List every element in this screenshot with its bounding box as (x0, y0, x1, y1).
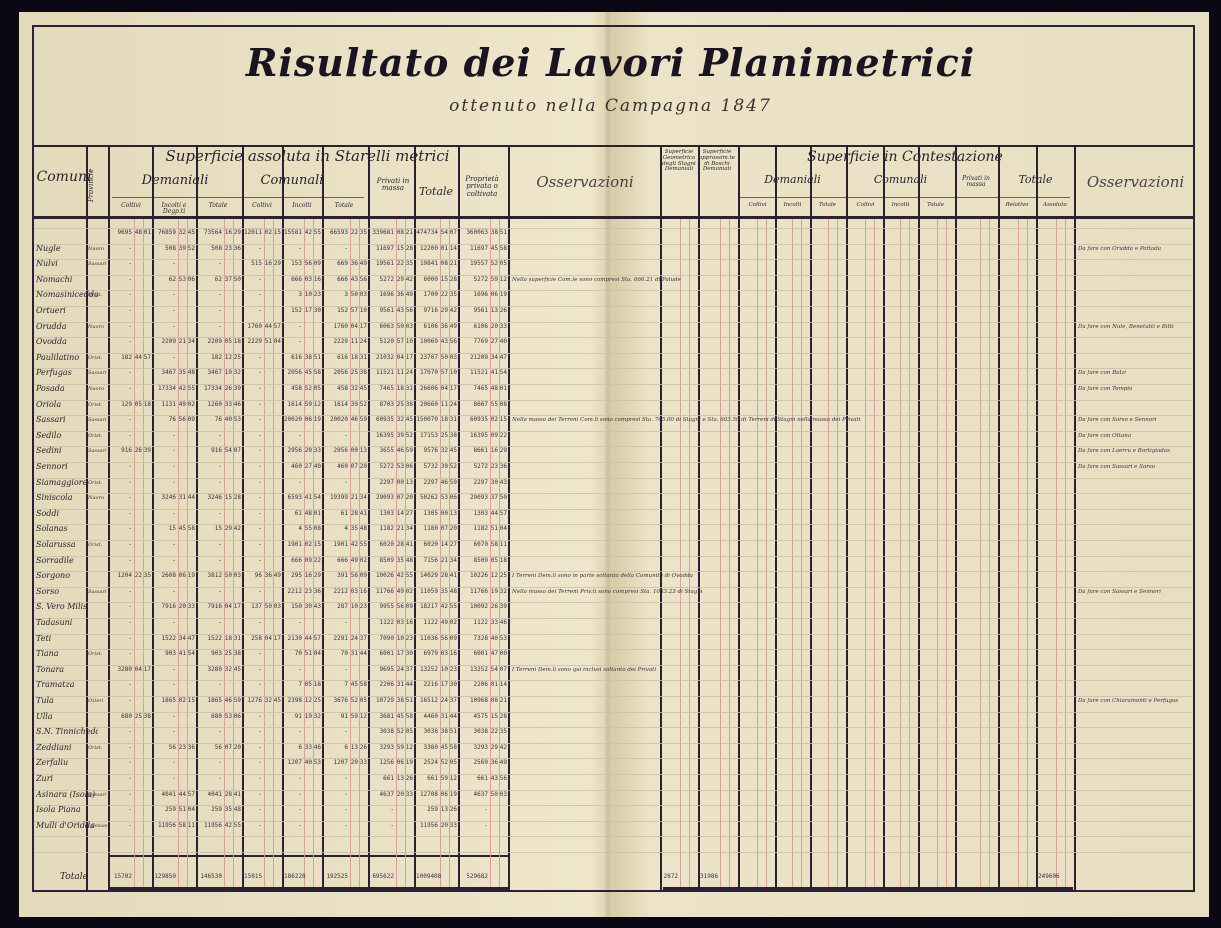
cell-fraction: 19 (304, 713, 312, 720)
cell-value: 5272 (458, 276, 488, 283)
cell-value: 60935 (368, 416, 394, 423)
cell-value: 2212 (282, 588, 302, 595)
cell-value: 2297 (458, 479, 488, 486)
cell-value: 680 (196, 713, 222, 720)
cell-fraction: 05 (134, 401, 142, 408)
column-rule (846, 145, 848, 890)
cell-fraction: 16 (490, 447, 498, 454)
cell-value: 6000 (414, 276, 438, 283)
cell-value: 15581 (282, 229, 302, 236)
province-label: Iglesias (88, 823, 106, 829)
cell-fraction: 53 (313, 759, 321, 766)
cell-value: 9561 (368, 307, 394, 314)
header-bottom-rule (32, 216, 1195, 219)
cell-value: 916 (108, 447, 132, 454)
cell-value: - (242, 806, 262, 813)
cell-value: 2206 (458, 681, 488, 688)
header-demaniali-c: Demaniali (740, 174, 845, 186)
cell-value: 76 (152, 416, 176, 423)
column-rule (998, 145, 1000, 890)
decimal-rule (792, 219, 793, 887)
ruled-line (34, 836, 1193, 837)
cell-fraction: 51 (449, 728, 457, 735)
cell-value: 13252 (414, 666, 438, 673)
column-rule (508, 145, 510, 890)
cell-value: 152 (282, 307, 302, 314)
cell-fraction: 17 (440, 681, 448, 688)
cell-fraction: 45 (273, 697, 281, 704)
cell-fraction: 45 (449, 447, 457, 454)
decimal-rule (490, 219, 491, 887)
cell-value: 15 (196, 525, 222, 532)
cell-value: 6106 (458, 323, 488, 330)
cell-value: 2229 (242, 338, 262, 345)
cell-value: - (108, 479, 132, 486)
cell-fraction: 34 (178, 635, 186, 642)
header-superficie-contestazione: Superficie in Contestazione (740, 150, 1070, 165)
cell-value: - (152, 557, 176, 564)
commune-name: Solanas (36, 524, 98, 533)
cell-value: 66593 (322, 229, 348, 236)
cell-fraction: 53 (440, 494, 448, 501)
cell-value: 458 (282, 385, 302, 392)
cell-value: - (152, 479, 176, 486)
decimal-rule (909, 219, 910, 887)
province-label: Ozieri (88, 698, 106, 704)
cell-value: 11766 (458, 588, 488, 595)
cell-value: - (242, 245, 262, 252)
cell-fraction: 35 (405, 260, 413, 267)
cell-fraction: 02 (449, 619, 457, 626)
cell-fraction: 15 (273, 229, 281, 236)
cell-value: 7769 (458, 338, 488, 345)
cell-fraction: 48 (187, 369, 195, 376)
cell-fraction: 15 (499, 416, 507, 423)
cell-fraction: 11 (187, 822, 195, 829)
cell-fraction: 33 (405, 791, 413, 798)
cell-fraction: 59 (304, 401, 312, 408)
cell-value: 7328 (458, 635, 488, 642)
cell-fraction: 58 (178, 822, 186, 829)
cell-fraction: 55 (313, 229, 321, 236)
decimal-rule (350, 219, 351, 887)
cell-fraction: 49 (396, 588, 404, 595)
cell-value: 1901 (282, 541, 302, 548)
cell-value: 3293 (458, 744, 488, 751)
cell-fraction: 15 (224, 494, 232, 501)
cell-value: 8509 (368, 557, 394, 564)
cell-value: 6020 (414, 541, 438, 548)
cell-value: - (196, 291, 222, 298)
cell-fraction: 18 (143, 401, 151, 408)
cell-fraction: 37 (359, 635, 367, 642)
cell-fraction: 04 (440, 385, 448, 392)
cell-fraction: 52 (187, 245, 195, 252)
cell-fraction: 51 (405, 697, 413, 704)
cell-value: 12200 (414, 245, 438, 252)
column-rule (1193, 145, 1195, 890)
cell-fraction: 04 (273, 338, 281, 345)
cell-fraction: 47 (499, 354, 507, 361)
cell-fraction: 38 (359, 369, 367, 376)
cell-fraction: 42 (304, 229, 312, 236)
cell-fraction: 03 (449, 354, 457, 361)
cell-value: 7916 (152, 603, 176, 610)
cell-fraction: 23 (405, 635, 413, 642)
cell-fraction: 45 (187, 229, 195, 236)
cell-value: 3467 (152, 369, 176, 376)
cell-value: - (196, 323, 222, 330)
cell-value: - (322, 775, 348, 782)
cell-value: 1901 (322, 541, 348, 548)
cell-fraction: 13 (350, 744, 358, 751)
cell-fraction: 04 (224, 603, 232, 610)
cell-fraction: 17 (273, 635, 281, 642)
cell-fraction: 21 (440, 557, 448, 564)
cell-value: 18217 (414, 603, 438, 610)
cell-fraction: 25 (440, 432, 448, 439)
cell-value: 11036 (414, 635, 438, 642)
cell-value: 3246 (152, 494, 176, 501)
cell-fraction: 38 (304, 354, 312, 361)
cell-fraction: 13 (440, 806, 448, 813)
cell-value: 70 (322, 650, 348, 657)
cell-value: 10729 (368, 697, 394, 704)
cell-fraction: 03 (499, 791, 507, 798)
commune-name: Ulla (36, 712, 98, 721)
province-label: Sassari (88, 792, 106, 798)
cell-fraction: 22 (313, 557, 321, 564)
cell-fraction: 33 (490, 619, 498, 626)
cell-fraction: 26 (359, 744, 367, 751)
cell-value: 16395 (458, 432, 488, 439)
cell-fraction: 21 (449, 260, 457, 267)
commune-name: Ovodda (36, 337, 98, 346)
cell-fraction: 47 (187, 635, 195, 642)
cell-fraction: 25 (499, 572, 507, 579)
cell-fraction: 23 (490, 463, 498, 470)
cell-fraction: 55 (405, 572, 413, 579)
cell-fraction: 21 (405, 229, 413, 236)
cell-value: 76 (196, 416, 222, 423)
cell-value: 61 (282, 510, 302, 517)
cell-fraction: 06 (233, 713, 241, 720)
cell-value: - (108, 603, 132, 610)
cell-fraction: 37 (490, 494, 498, 501)
header-totale-com-c: Totale (918, 203, 953, 209)
cell-fraction: 38 (449, 432, 457, 439)
cell-fraction: 02 (187, 401, 195, 408)
cell-value: 9955 (368, 603, 394, 610)
cell-fraction: 24 (440, 697, 448, 704)
cell-fraction: 37 (449, 697, 457, 704)
cell-fraction: 08 (396, 229, 404, 236)
cell-value: 666 (282, 557, 302, 564)
cell-value: 1865 (152, 697, 176, 704)
cell-value: 21209 (458, 354, 488, 361)
cell-fraction: 05 (490, 557, 498, 564)
cell-value: 19561 (368, 260, 394, 267)
cell-fraction: 43 (313, 603, 321, 610)
cell-fraction: 40 (490, 635, 498, 642)
cell-fraction: 50 (396, 323, 404, 330)
cell-fraction: 39 (233, 385, 241, 392)
cell-fraction: 32 (233, 369, 241, 376)
cell-value: 295 (282, 572, 302, 579)
cell-fraction: 19 (187, 572, 195, 579)
cell-value: 62 (152, 276, 176, 283)
cell-fraction: 06 (449, 494, 457, 501)
cell-fraction: 34 (187, 338, 195, 345)
cell-fraction: 11 (499, 541, 507, 548)
cell-value: 6020 (368, 541, 394, 548)
cell-value: - (242, 463, 262, 470)
cell-value: 3 (282, 291, 302, 298)
cell-fraction: 33 (449, 822, 457, 829)
cell-fraction: 29 (396, 276, 404, 283)
cell-value: 391 (322, 572, 348, 579)
cell-fraction: 35 (224, 806, 232, 813)
province-label: Sassari (88, 448, 106, 454)
cell-fraction: 55 (233, 822, 241, 829)
decimal-rule (689, 219, 690, 887)
cell-fraction: 10 (359, 307, 367, 314)
cell-fraction: 14 (440, 541, 448, 548)
cell-fraction: 55 (304, 525, 312, 532)
cell-fraction: 25 (313, 697, 321, 704)
cell-value: 4575 (458, 713, 488, 720)
cell-fraction: 02 (490, 416, 498, 423)
observation-note: Nella superficie Com.le sono compresi St… (512, 277, 681, 283)
cell-fraction: 49 (273, 572, 281, 579)
cell-fraction: 49 (449, 323, 457, 330)
cell-fraction: 36 (264, 572, 272, 579)
cell-value: 5272 (368, 463, 394, 470)
cell-fraction: 58 (499, 245, 507, 252)
cell-fraction: 24 (396, 666, 404, 673)
cell-value: - (242, 713, 262, 720)
cell-fraction: 52 (304, 385, 312, 392)
cell-fraction: 28 (233, 494, 241, 501)
cell-fraction: 04 (134, 666, 142, 673)
commune-name: Soddi (36, 509, 98, 518)
cell-fraction: 21 (178, 338, 186, 345)
cell-fraction: 06 (490, 291, 498, 298)
cell-fraction: 35 (350, 525, 358, 532)
cell-fraction: 04 (350, 323, 358, 330)
cell-value: 360063 (458, 229, 488, 236)
cell-fraction: 35 (449, 291, 457, 298)
decimal-rule (937, 219, 938, 887)
cell-value: - (108, 245, 132, 252)
contest-observation: Da fare con Orudda e Pattada (1078, 246, 1161, 252)
cell-fraction: 22 (134, 572, 142, 579)
cell-fraction: 35 (143, 572, 151, 579)
cell-fraction: 36 (233, 245, 241, 252)
cell-fraction: 20 (350, 759, 358, 766)
cell-value: 2291 (322, 635, 348, 642)
cell-value: - (282, 479, 302, 486)
cell-value: 474734 (414, 229, 438, 236)
cell-value: 1522 (196, 635, 222, 642)
cell-fraction: 04 (499, 525, 507, 532)
total-value: 695622 (370, 873, 394, 880)
cell-value: - (108, 338, 132, 345)
cell-fraction: 33 (224, 401, 232, 408)
cell-fraction: 18 (396, 385, 404, 392)
cell-fraction: 42 (224, 822, 232, 829)
cell-value: 3681 (368, 713, 394, 720)
total-value-right: 249606 (1038, 873, 1054, 880)
cell-fraction: 03 (304, 276, 312, 283)
cell-value: 458 (322, 385, 348, 392)
cell-value: 1180 (414, 525, 438, 532)
cell-value: - (108, 416, 132, 423)
cell-fraction: 45 (359, 385, 367, 392)
cell-fraction: 42 (405, 276, 413, 283)
cell-value: 1614 (322, 401, 348, 408)
cell-value: 6979 (414, 650, 438, 657)
cell-fraction: 40 (499, 338, 507, 345)
cell-value: 11697 (368, 245, 394, 252)
cell-value: 2216 (414, 681, 438, 688)
cell-value: - (242, 447, 262, 454)
cell-value: - (242, 744, 262, 751)
cell-fraction: 59 (405, 447, 413, 454)
cell-fraction: 09 (359, 572, 367, 579)
cell-value: - (242, 728, 262, 735)
cell-fraction: 55 (187, 385, 195, 392)
cell-value: 152 (322, 307, 348, 314)
cell-fraction: 57 (350, 307, 358, 314)
cell-value: 9695 (368, 666, 394, 673)
decimal-rule (720, 219, 721, 887)
cell-value: 3038 (458, 728, 488, 735)
cell-fraction: 21 (396, 525, 404, 532)
decimal-rule (233, 219, 234, 887)
commune-name: S.N. Tinnichedda (36, 727, 98, 736)
cell-fraction: 08 (490, 697, 498, 704)
cell-value: - (108, 650, 132, 657)
cell-fraction: 46 (313, 744, 321, 751)
cell-fraction: 56 (499, 775, 507, 782)
totals-bottom-rule-right (663, 887, 1073, 890)
province-label: Sassari (88, 417, 106, 423)
contest-observation: Da fare con Bulzi (1078, 370, 1126, 376)
commune-name: Tonara (36, 665, 98, 674)
cell-value: - (322, 806, 348, 813)
cell-value: 1182 (368, 525, 394, 532)
cell-fraction: 12 (304, 697, 312, 704)
cell-value: 2056 (282, 369, 302, 376)
totals-top-rule (108, 855, 508, 857)
cell-value: 3655 (368, 447, 394, 454)
cell-fraction: 38 (490, 229, 498, 236)
cell-value: 6 (322, 744, 348, 751)
cell-value: 460 (322, 463, 348, 470)
cell-fraction: 46 (350, 416, 358, 423)
cell-value: 29093 (368, 494, 394, 501)
cell-fraction: 38 (233, 650, 241, 657)
observation-note: Nella massa dei Terreni Com.li sono comp… (512, 417, 860, 423)
cell-value: 15 (152, 525, 176, 532)
cell-fraction: 38 (440, 728, 448, 735)
province-label: Orist. (88, 355, 106, 361)
cell-fraction: 18 (313, 681, 321, 688)
header-demaniali: Demaniali (110, 174, 240, 188)
cell-fraction: 10 (440, 666, 448, 673)
cell-value: - (282, 432, 302, 439)
cell-fraction: 03 (396, 619, 404, 626)
cell-value: 3 (322, 291, 348, 298)
commune-name: Isola Piana (36, 805, 98, 814)
cell-fraction: 35 (178, 369, 186, 376)
header-coltivi-com-c: Coltivi (848, 203, 883, 209)
header-coltivi-com: Coltivi (242, 203, 282, 209)
cell-fraction: 22 (490, 728, 498, 735)
cell-fraction: 54 (224, 447, 232, 454)
cell-fraction: 41 (178, 650, 186, 657)
cell-value: - (242, 401, 262, 408)
cell-value: 11059 (414, 588, 438, 595)
cell-value: 2056 (322, 369, 348, 376)
cell-value: 17153 (414, 432, 438, 439)
cell-value: - (196, 588, 222, 595)
cell-value: 3280 (196, 666, 222, 673)
cell-fraction: 10 (396, 635, 404, 642)
cell-value: - (196, 541, 222, 548)
document-title: Risultato dei Lavori Planimetrici (0, 40, 1221, 85)
cell-value: 9576 (414, 447, 438, 454)
cell-value: 8661 (458, 447, 488, 454)
cell-fraction: 10 (304, 291, 312, 298)
cell-value: - (322, 791, 348, 798)
cell-value: - (368, 806, 394, 813)
cell-fraction: 02 (178, 697, 186, 704)
cell-fraction: 52 (350, 697, 358, 704)
decimal-rule (680, 219, 681, 887)
cell-fraction: 17 (449, 385, 457, 392)
cell-value: 26606 (414, 385, 438, 392)
cell-fraction: 05 (359, 697, 367, 704)
cell-fraction: 48 (134, 229, 142, 236)
cell-value: 661 (458, 775, 488, 782)
cell-fraction: 18 (350, 354, 358, 361)
cell-value: 150070 (414, 416, 438, 423)
cell-value: 2206 (368, 681, 394, 688)
province-label: Orist. (88, 542, 106, 548)
cell-value: 73564 (196, 229, 222, 236)
cell-value: 3380 (414, 744, 438, 751)
cell-value: 20020 (282, 416, 302, 423)
cell-value: 20660 (414, 401, 438, 408)
cell-value: - (322, 666, 348, 673)
cell-fraction: 45 (396, 713, 404, 720)
cell-fraction: 25 (224, 650, 232, 657)
decimal-rule (980, 219, 981, 887)
province-label: Orist. (88, 402, 106, 408)
total-value: 1009408 (416, 873, 438, 880)
cell-value: - (152, 681, 176, 688)
cell-fraction: 14 (396, 510, 404, 517)
cell-fraction: 09 (313, 260, 321, 267)
cell-value: - (242, 291, 262, 298)
header-incolti-dem: Incolti e Degp.ti (152, 203, 196, 216)
cell-fraction: 38 (396, 697, 404, 704)
cell-fraction: 23 (224, 245, 232, 252)
cell-fraction: 56 (350, 572, 358, 579)
cell-value: 23707 (414, 354, 438, 361)
